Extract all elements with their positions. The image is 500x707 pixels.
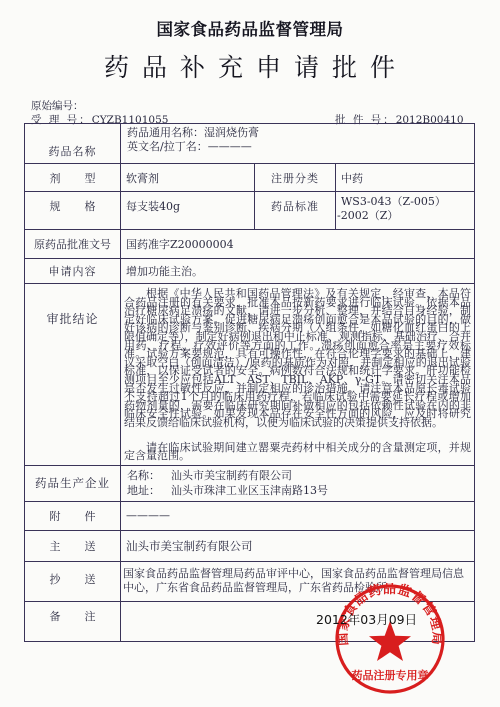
review-paragraph: 根据《中华人民共和国药品管理法》及有关规定，经审查，本品符合药品注册的有关要求，… (124, 290, 471, 428)
row-drug-name: 药品名称 药品通用名称：湿润烧伤膏 英文名/拉丁名：———— (25, 124, 475, 164)
row-spec: 规格 每支装40g 药品标准 WS3-043（Z-005） -2002（Z） (25, 192, 475, 230)
standard-line-2: -2002（Z） (337, 209, 474, 223)
row-attachment: 附件 ———— (25, 501, 475, 530)
manufacturer-value: 名称：汕头市美宝制药有限公司 地址：汕头市珠津工业区玉津南路13号 (121, 465, 475, 501)
review-label: 审批结论 (25, 284, 121, 466)
generic-name: 药品通用名称：湿润烧伤膏 (127, 126, 474, 140)
english-name-label: 英文名/拉丁名： (127, 140, 208, 153)
manufacturer-name: 名称：汕头市美宝制药有限公司 (127, 468, 474, 483)
row-manufacturer: 药品生产企业 名称：汕头市美宝制药有限公司 地址：汕头市珠津工业区玉津南路13号 (25, 465, 475, 501)
cc-label-text: 抄送 (50, 571, 96, 587)
manufacturer-address-value: 汕头市珠津工业区玉津南路13号 (171, 484, 328, 497)
manufacturer-address: 地址：汕头市珠津工业区玉津南路13号 (127, 483, 474, 498)
attachment-label: 附件 (25, 501, 121, 530)
cc-label: 抄送 (25, 561, 121, 601)
orig-approval-label: 原药品批准文号 (25, 230, 121, 259)
row-orig-approval: 原药品批准文号 国药准字Z20000004 (25, 230, 475, 259)
application-value: 增加功能主治。 (121, 259, 475, 284)
row-dosage-form: 剂型 软膏剂 注册分类 中药 (25, 164, 475, 192)
standard-label: 药品标准 (255, 192, 336, 230)
drug-name-value: 药品通用名称：湿润烧伤膏 英文名/拉丁名：———— (121, 124, 475, 164)
english-name: 英文名/拉丁名：———— (127, 140, 474, 154)
seal-inner-text: 药品注册专用章 (352, 668, 429, 682)
orig-approval-value: 国药准字Z20000004 (121, 230, 475, 259)
remarks-label-text: 备注 (50, 608, 96, 624)
manufacturer-address-label: 地址： (127, 483, 171, 498)
official-seal-icon: 国家食品药品监督管理局 药品注册专用章 (334, 583, 446, 695)
application-label: 申请内容 (25, 259, 121, 284)
reg-category-label: 注册分类 (255, 164, 336, 192)
main-recipient-value: 汕头市美宝制药有限公司 (121, 530, 475, 561)
manufacturer-label: 药品生产企业 (25, 465, 121, 501)
review-conclusion: 根据《中华人民共和国药品管理法》及有关规定，经审查，本品符合药品注册的有关要求，… (121, 284, 475, 466)
main-recipient-label: 主送 (25, 530, 121, 561)
drug-name-label: 药品名称 (25, 124, 121, 164)
dosage-form-label-text: 剂型 (50, 170, 96, 186)
agency-name: 国家食品药品监督管理局 (0, 16, 500, 40)
main-recipient-label-text: 主送 (50, 538, 96, 554)
review-note: 请在临床试验期间建立罂粟壳药材中相关成分的含量测定项，并规定含量范围。 (124, 444, 471, 461)
spec-label: 规格 (25, 192, 121, 230)
row-main-recipient: 主送 汕头市美宝制药有限公司 (25, 530, 475, 561)
original-number: 原始编号： (31, 98, 84, 113)
generic-name-value: 湿润烧伤膏 (204, 126, 259, 139)
approval-date: 2012年03月09日 (316, 610, 417, 628)
approval-table: 药品名称 药品通用名称：湿润烧伤膏 英文名/拉丁名：———— 剂型 软膏剂 注册… (24, 123, 475, 642)
standard-value: WS3-043（Z-005） -2002（Z） (336, 192, 475, 230)
spec-value: 每支装40g (121, 192, 255, 230)
generic-name-label: 药品通用名称： (127, 126, 204, 139)
remarks-label: 备注 (25, 601, 121, 641)
manufacturer-name-value: 汕头市美宝制药有限公司 (171, 469, 292, 482)
dosage-form-value: 软膏剂 (121, 164, 255, 192)
document-title: 药品补充申请批件 (0, 48, 500, 84)
reg-category-value: 中药 (336, 164, 475, 192)
attachment-label-text: 附件 (50, 508, 96, 524)
manufacturer-name-label: 名称： (127, 468, 171, 483)
english-name-value: ———— (208, 140, 252, 153)
attachment-value: ———— (121, 501, 475, 530)
standard-line-1: WS3-043（Z-005） (341, 195, 474, 209)
dosage-form-label: 剂型 (25, 164, 121, 192)
original-number-label: 原始编号： (31, 100, 84, 112)
spec-label-text: 规格 (50, 198, 96, 214)
row-review: 审批结论 根据《中华人民共和国药品管理法》及有关规定，经审查，本品符合药品注册的… (25, 284, 475, 466)
row-application: 申请内容 增加功能主治。 (25, 259, 475, 284)
